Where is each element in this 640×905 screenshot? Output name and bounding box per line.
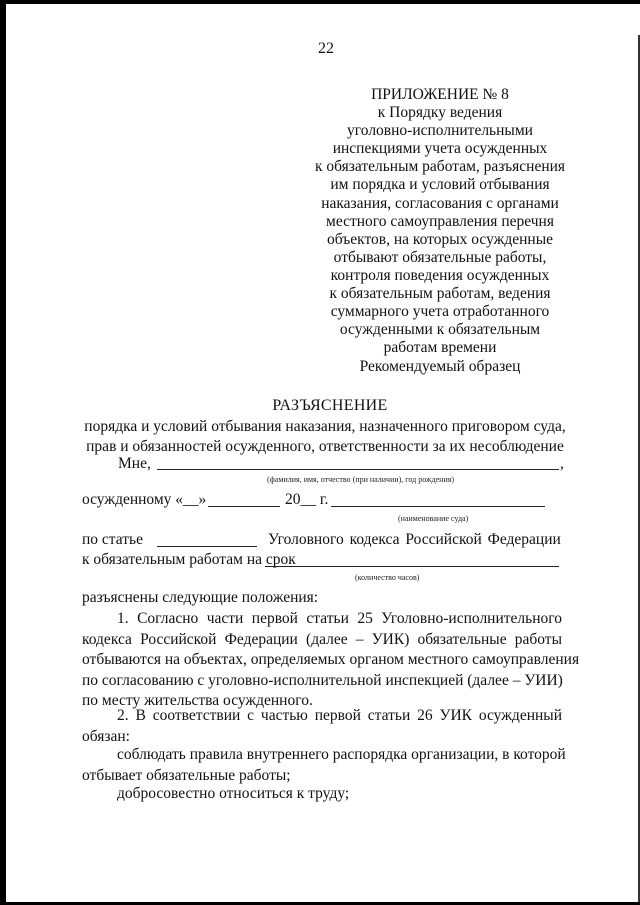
paragraph-line: соблюдать правила внутреннего распорядка… (82, 745, 562, 766)
convicted-label: осужденному «__» (82, 491, 206, 509)
appendix-line: отбывают обязательные работы, (300, 249, 580, 267)
year-label: 20__ г. (285, 491, 328, 509)
appendix-heading: ПРИЛОЖЕНИЕ № 8 (300, 86, 580, 104)
appendix-line: к обязательным работам, разъяснения (300, 158, 580, 176)
paragraph-line: обязан: (82, 727, 562, 748)
scan-border-left (0, 0, 6, 905)
document-title: РАЗЪЯСНЕНИЕ (80, 397, 580, 415)
scan-border-top (0, 0, 640, 4)
paragraph-line: 1. Согласно части первой статьи 25 Уголо… (82, 609, 562, 630)
paragraph-line: 2. В соответствии с частью первой статьи… (82, 706, 562, 727)
paragraph-line: по согласованию с уголовно-исполнительно… (82, 671, 562, 692)
appendix-line: объектов, на которых осужденные (300, 231, 580, 249)
appendix-line: им порядка и условий отбывания (300, 176, 580, 194)
appendix-line: осужденными к обязательным (300, 321, 580, 339)
appendix-line: контроля поведения осужденных (300, 267, 580, 285)
me-trailing-comma: , (560, 455, 564, 473)
appendix-line: уголовно-исполнительными (300, 122, 580, 140)
appendix-line: местного самоуправления перечня (300, 213, 580, 231)
name-field-line[interactable] (157, 469, 559, 470)
appendix-line: работам времени (300, 339, 580, 357)
paragraph-line: отбываются на объектах, определяемых орг… (82, 650, 562, 671)
term-field-hint: (количество часов) (355, 573, 419, 582)
appendix-line: инспекциями учета осужденных (300, 140, 580, 158)
page-number: 22 (318, 40, 334, 58)
document-subtitle: порядка и условий отбывания наказания, н… (80, 417, 570, 457)
appendix-block: ПРИЛОЖЕНИЕ № 8 к Порядку ведения уголовн… (300, 86, 580, 357)
name-field-hint: (фамилия, имя, отчество (при наличии), г… (267, 475, 454, 484)
appendix-line: суммарного учета отработанного (300, 303, 580, 321)
date-month-field-line[interactable] (208, 506, 280, 507)
paragraph-2: 2. В соответствии с частью первой статьи… (82, 706, 562, 747)
paragraph-line: добросовестно относиться к труду; (82, 784, 562, 805)
appendix-line: к Порядку ведения (300, 104, 580, 122)
paragraph-line: кодекса Российской Федерации (далее – УИ… (82, 630, 562, 651)
appendix-line: наказания, согласования с органами (300, 195, 580, 213)
article-field-line[interactable] (157, 546, 257, 547)
subtitle-line: прав и обязанностей осужденного, ответст… (80, 437, 570, 457)
court-field-hint: (наименование суда) (398, 514, 468, 523)
court-field-line[interactable] (331, 506, 545, 507)
me-label: Мне, (118, 455, 151, 473)
intro-text: разъяснены следующие положения: (82, 589, 318, 607)
article-suffix: Уголовного кодекса Российской Федерации (268, 531, 561, 549)
subtitle-line: порядка и условий отбывания наказания, н… (80, 417, 570, 437)
paragraph-3: соблюдать правила внутреннего распорядка… (82, 745, 562, 786)
paragraph-line: отбывает обязательные работы; (82, 766, 562, 787)
article-label: по статье (82, 531, 143, 549)
term-field-line[interactable] (265, 566, 559, 567)
appendix-line: к обязательным работам, ведения (300, 285, 580, 303)
paragraph-1: 1. Согласно части первой статьи 25 Уголо… (82, 609, 562, 712)
paragraph-4: добросовестно относиться к труду; (82, 784, 562, 805)
term-label: к обязательным работам на срок (82, 551, 296, 569)
sample-label: Рекомендуемый образец (300, 358, 580, 376)
